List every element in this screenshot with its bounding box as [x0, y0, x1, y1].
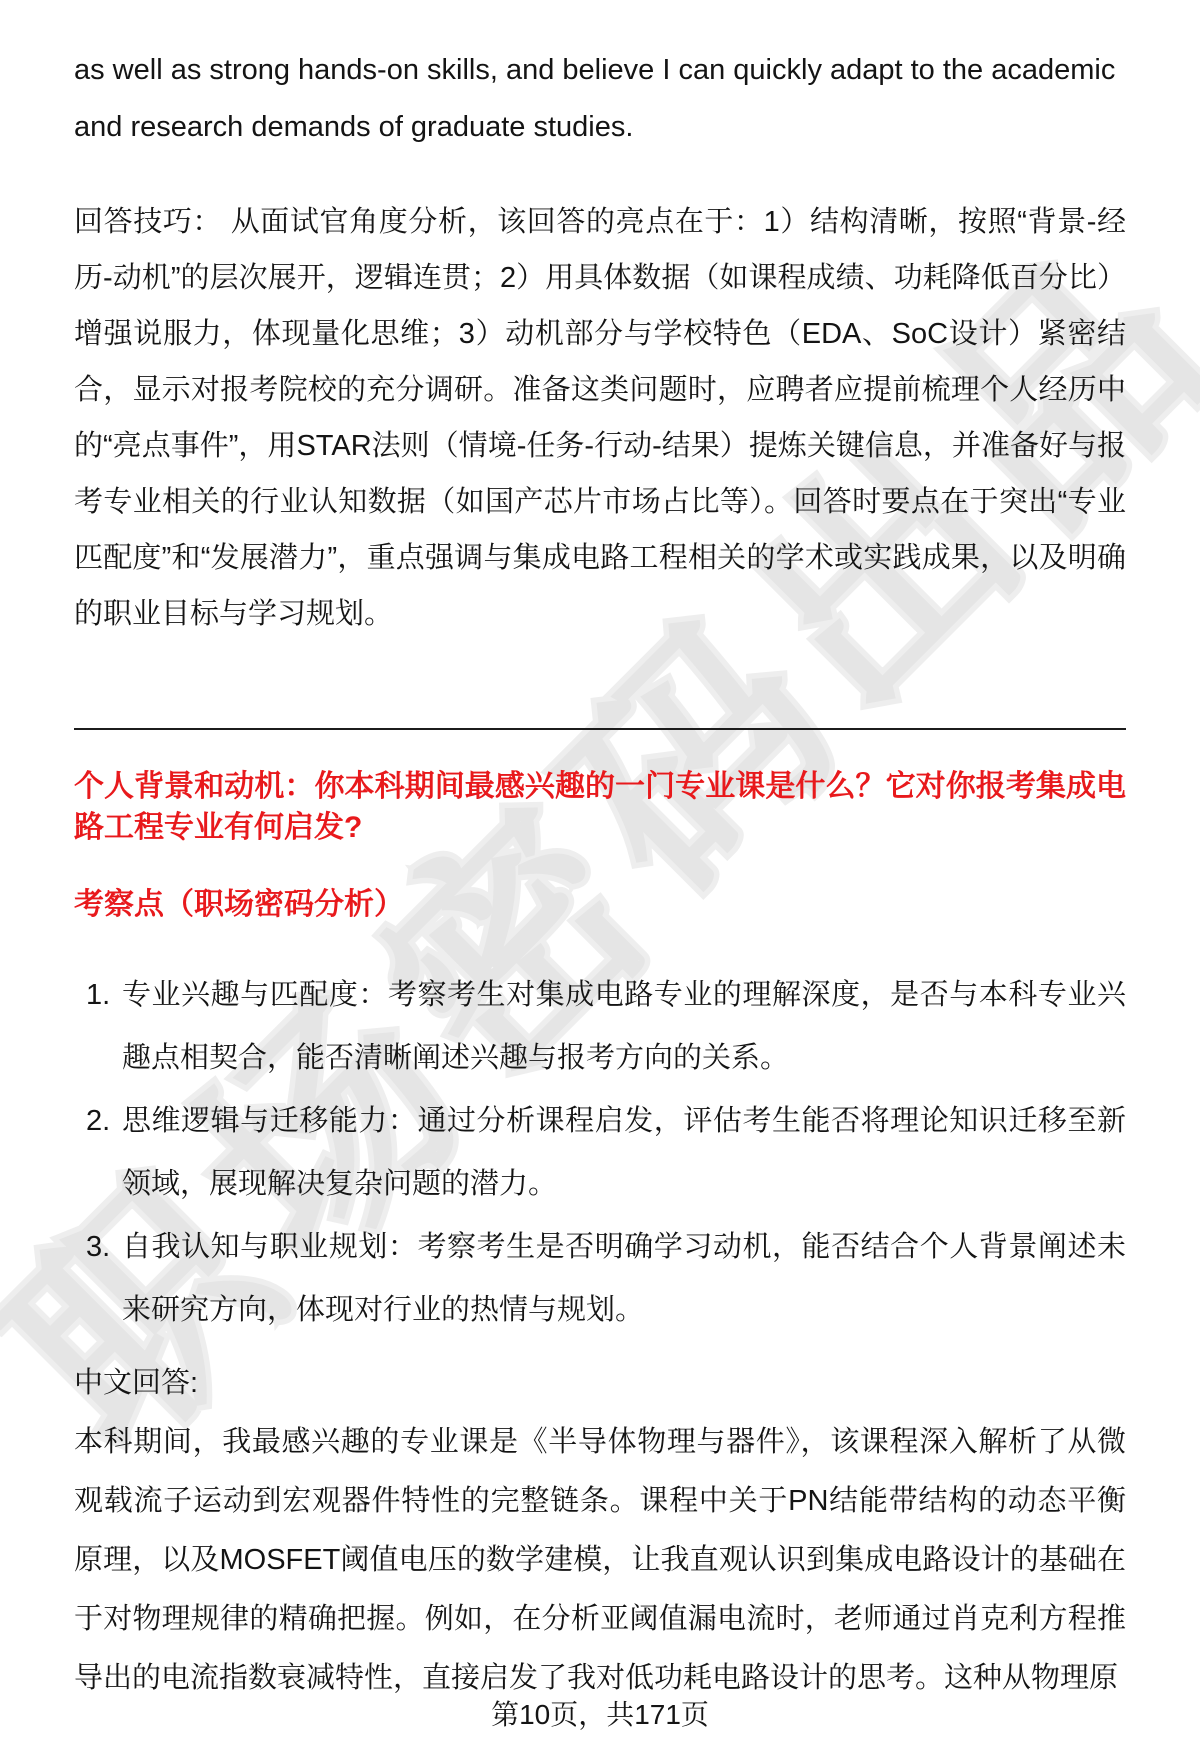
list-item: 2. 思维逻辑与迁移能力：通过分析课程启发，评估考生能否将理论知识迁移至新领域，… — [74, 1090, 1126, 1216]
list-item-number: 3. — [74, 1216, 122, 1279]
list-item-text: 专业兴趣与匹配度：考察考生对集成电路专业的理解深度，是否与本科专业兴趣点相契合，… — [122, 964, 1126, 1090]
list-item: 3. 自我认知与职业规划：考察考生是否明确学习动机，能否结合个人背景阐述未来研究… — [74, 1216, 1126, 1342]
page-content: as well as strong hands-on skills, and b… — [0, 0, 1200, 1708]
answer-tips-paragraph: 回答技巧： 从面试官角度分析，该回答的亮点在于：1）结构清晰，按照“背景-经历-… — [74, 194, 1126, 642]
exam-points-list: 1. 专业兴趣与匹配度：考察考生对集成电路专业的理解深度，是否与本科专业兴趣点相… — [74, 964, 1126, 1342]
english-paragraph: as well as strong hands-on skills, and b… — [74, 42, 1126, 156]
section-divider — [74, 728, 1126, 730]
list-item-text: 思维逻辑与迁移能力：通过分析课程启发，评估考生能否将理论知识迁移至新领域，展现解… — [122, 1090, 1126, 1216]
chinese-answer-section: 中文回答: 本科期间，我最感兴趣的专业课是《半导体物理与器件》，该课程深入解析了… — [74, 1354, 1126, 1708]
page-number-footer: 第10页，共171页 — [0, 1697, 1200, 1733]
list-item: 1. 专业兴趣与匹配度：考察考生对集成电路专业的理解深度，是否与本科专业兴趣点相… — [74, 964, 1126, 1090]
question-heading: 个人背景和动机：你本科期间最感兴趣的一门专业课是什么？它对你报考集成电路工程专业… — [74, 766, 1126, 848]
list-item-number: 1. — [74, 964, 122, 1027]
document-page: 职场密码出品 as well as strong hands-on skills… — [0, 0, 1200, 1755]
list-item-number: 2. — [74, 1090, 122, 1153]
list-item-text: 自我认知与职业规划：考察考生是否明确学习动机，能否结合个人背景阐述未来研究方向，… — [122, 1216, 1126, 1342]
exam-points-heading: 考察点（职场密码分析） — [74, 884, 1126, 926]
answer-paragraph: 本科期间，我最感兴趣的专业课是《半导体物理与器件》，该课程深入解析了从微观载流子… — [74, 1413, 1126, 1708]
answer-label: 中文回答: — [74, 1354, 1126, 1413]
